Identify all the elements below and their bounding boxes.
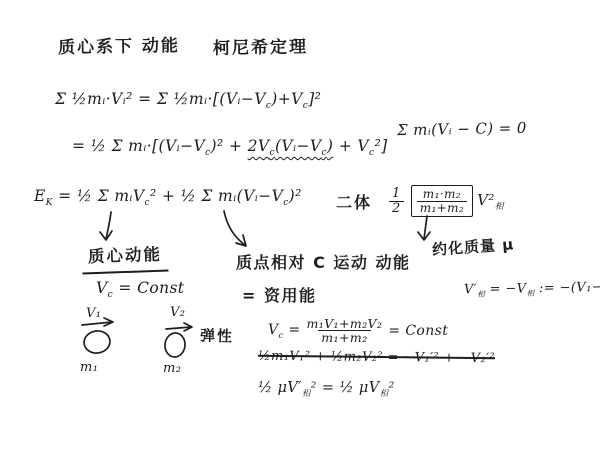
reduced-mass-box: m₁·m₂ m₁+m₂: [411, 185, 473, 217]
formula-expansion-line2: = ½ Σ mᵢ·[(Vᵢ−Vc)² + 2Vc(Vᵢ−Vc) + Vc²]: [72, 137, 388, 158]
particle-2-circle: [164, 332, 186, 358]
formula-line2-cross-term: 2Vc(Vᵢ−Vc): [248, 137, 334, 155]
one-half-fraction: 1 2: [389, 187, 404, 215]
relative-velocity-relation: V′相 = −V相 := −(V₁−V₂): [464, 280, 600, 300]
formula-line2-suffix: + Vc²]: [333, 137, 387, 155]
vc-fraction: m₁V₁+m₂V₂ m₁+m₂: [303, 317, 385, 344]
relative-velocity-squared: V²相: [477, 191, 504, 212]
mu-energy-conservation: ½ μV′相² = ½ μV相²: [258, 380, 395, 399]
handwritten-notes-page: 质心系下 动能 柯尼希定理 Σ ½mᵢ·Vᵢ² = Σ ½mᵢ·[(Vᵢ−Vc)…: [0, 0, 600, 449]
formula-momentum-zero: Σ mᵢ(Vᵢ − C) = 0: [397, 119, 527, 139]
page-title-left: 质心系下 动能: [58, 31, 180, 58]
particle-1-circle: [83, 329, 112, 354]
arrow-curved-to-relative-ke-icon: [224, 211, 246, 246]
arrow-down-to-reduced-mass-icon: [418, 216, 430, 240]
particle2-mass-label: m₂: [163, 361, 181, 376]
center-ke-label: 质心动能: [81, 241, 168, 275]
available-energy-label: = 资用能: [242, 283, 316, 306]
vc-conservation-formula: Vc = m₁V₁+m₂V₂ m₁+m₂ = Const: [268, 317, 448, 344]
crossed-out-energy-line: ½m₁V₁² + ½m₂V₂² = ~V₁′² + ~V₂′²: [258, 349, 495, 366]
vc-formula-rhs: = Const: [388, 323, 448, 339]
vc-const-note: Vc = Const: [96, 279, 184, 300]
relative-ke-label: 质点相对 C 运动 动能: [236, 250, 410, 273]
formula-line2-prefix: = ½ Σ mᵢ·[(Vᵢ−Vc)² +: [72, 137, 248, 155]
formula-ek-result: EK = ½ Σ mᵢVc² + ½ Σ mᵢ(Vᵢ−Vc)²: [34, 187, 302, 208]
particle1-mass-label: m₁: [80, 360, 98, 375]
particle2-velocity-label: V₂: [170, 305, 185, 320]
two-body-label: 二体: [336, 190, 372, 213]
arrow-down-to-center-ke-icon: [100, 212, 112, 240]
formula-expansion-line1: Σ ½mᵢ·Vᵢ² = Σ ½mᵢ·[(Vᵢ−Vc)+Vc]²: [55, 90, 321, 111]
reduced-mass-annotation: 约化质量 μ: [431, 233, 515, 260]
vc-formula-lhs: Vc =: [268, 322, 300, 340]
two-body-expression: 二体 1 2 m₁·m₂ m₁+m₂ V²相: [336, 185, 504, 217]
reduced-mass-fraction: m₁·m₂ m₁+m₂: [417, 188, 467, 214]
velocity-arrow-2-icon: [166, 323, 192, 331]
page-title-konig: 柯尼希定理: [213, 32, 308, 59]
elastic-note: 弹性: [200, 324, 235, 346]
particle1-velocity-label: V₁: [86, 306, 101, 321]
